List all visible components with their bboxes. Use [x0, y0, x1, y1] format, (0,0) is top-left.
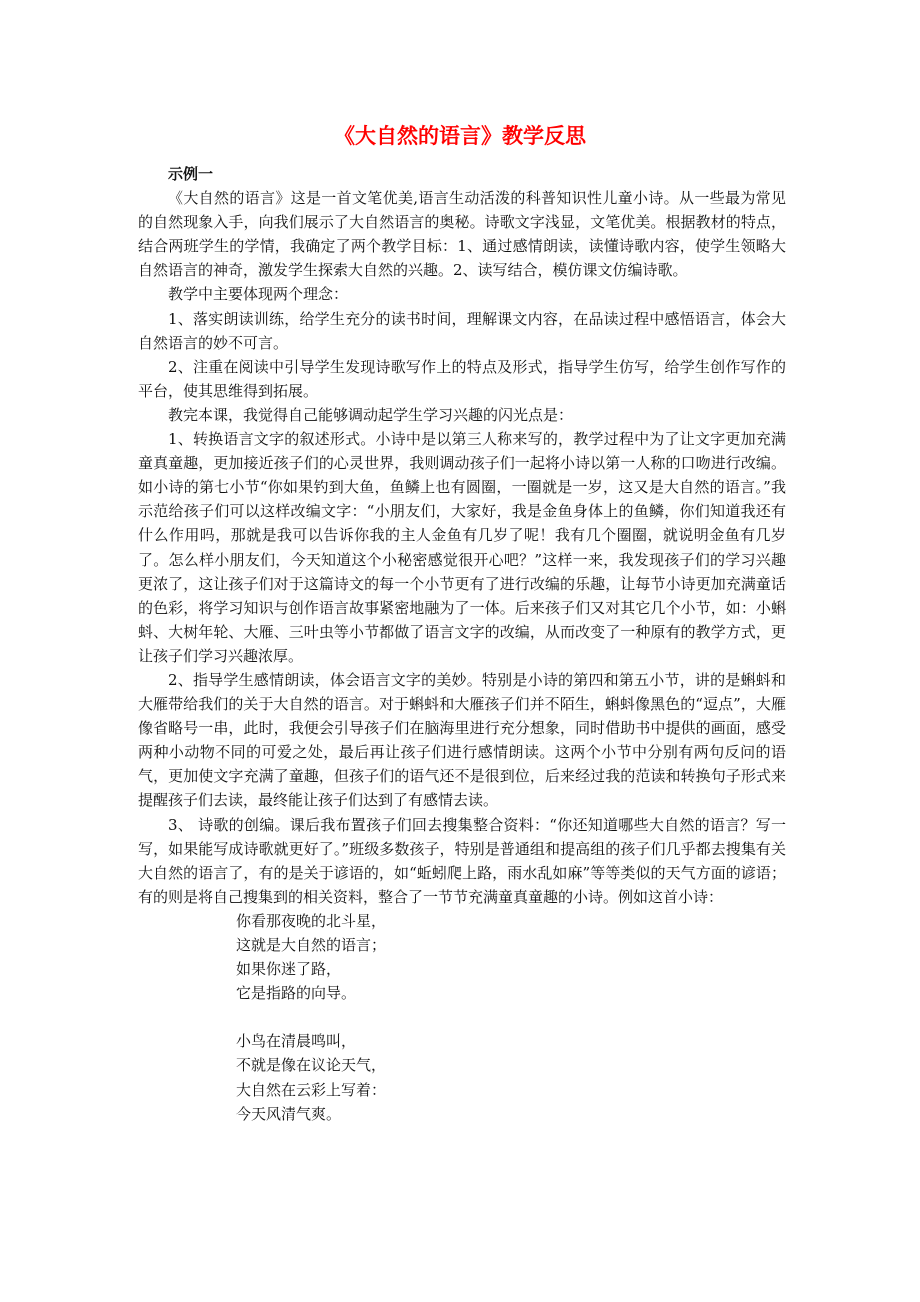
section-heading: 示例一: [138, 162, 786, 186]
poem: 你看那夜晚的北斗星， 这就是大自然的语言； 如果你迷了路， 它是指路的向导。 小…: [236, 909, 786, 1126]
paragraph-highlights-intro: 教完本课，我觉得自己能够调动起学生学习兴趣的闪光点是：: [138, 403, 786, 427]
document-title: 《大自然的语言》教学反思: [0, 122, 920, 150]
document-page: 《大自然的语言》教学反思 示例一 《大自然的语言》这是一首文笔优美,语言生动活泼…: [0, 0, 920, 1302]
document-body: 示例一 《大自然的语言》这是一首文笔优美,语言生动活泼的科普知识性儿童小诗。从一…: [138, 162, 786, 1126]
poem-line: 它是指路的向导。: [236, 981, 786, 1005]
poem-line: 不就是像在议论天气，: [236, 1053, 786, 1077]
poem-line: 小鸟在清晨鸣叫，: [236, 1029, 786, 1053]
paragraph-highlight-3: 3、 诗歌的创编。课后我布置孩子们回去搜集整合资料：“你还知道哪些大自然的语言？…: [138, 813, 786, 909]
paragraph-concept-2: 2、注重在阅读中引导学生发现诗歌写作上的特点及形式，指导学生仿写，给学生创作写作…: [138, 355, 786, 403]
poem-line: 今天风清气爽。: [236, 1102, 786, 1126]
paragraph-intro: 《大自然的语言》这是一首文笔优美,语言生动活泼的科普知识性儿童小诗。从一些最为常…: [138, 186, 786, 282]
poem-line: 大自然在云彩上写着：: [236, 1078, 786, 1102]
paragraph-concept-1: 1、落实朗读训练，给学生充分的读书时间，理解课文内容，在品读过程中感悟语言，体会…: [138, 307, 786, 355]
stanza-gap: [236, 1005, 786, 1029]
poem-line: 这就是大自然的语言；: [236, 933, 786, 957]
paragraph-concepts-intro: 教学中主要体现两个理念：: [138, 282, 786, 306]
paragraph-highlight-2: 2、指导学生感情朗读，体会语言文字的美妙。特别是小诗的第四和第五小节，讲的是蝌蚪…: [138, 668, 786, 813]
poem-line: 你看那夜晚的北斗星，: [236, 909, 786, 933]
poem-line: 如果你迷了路，: [236, 957, 786, 981]
paragraph-highlight-1: 1、转换语言文字的叙述形式。小诗中是以第三人称来写的，教学过程中为了让文字更加充…: [138, 427, 786, 668]
